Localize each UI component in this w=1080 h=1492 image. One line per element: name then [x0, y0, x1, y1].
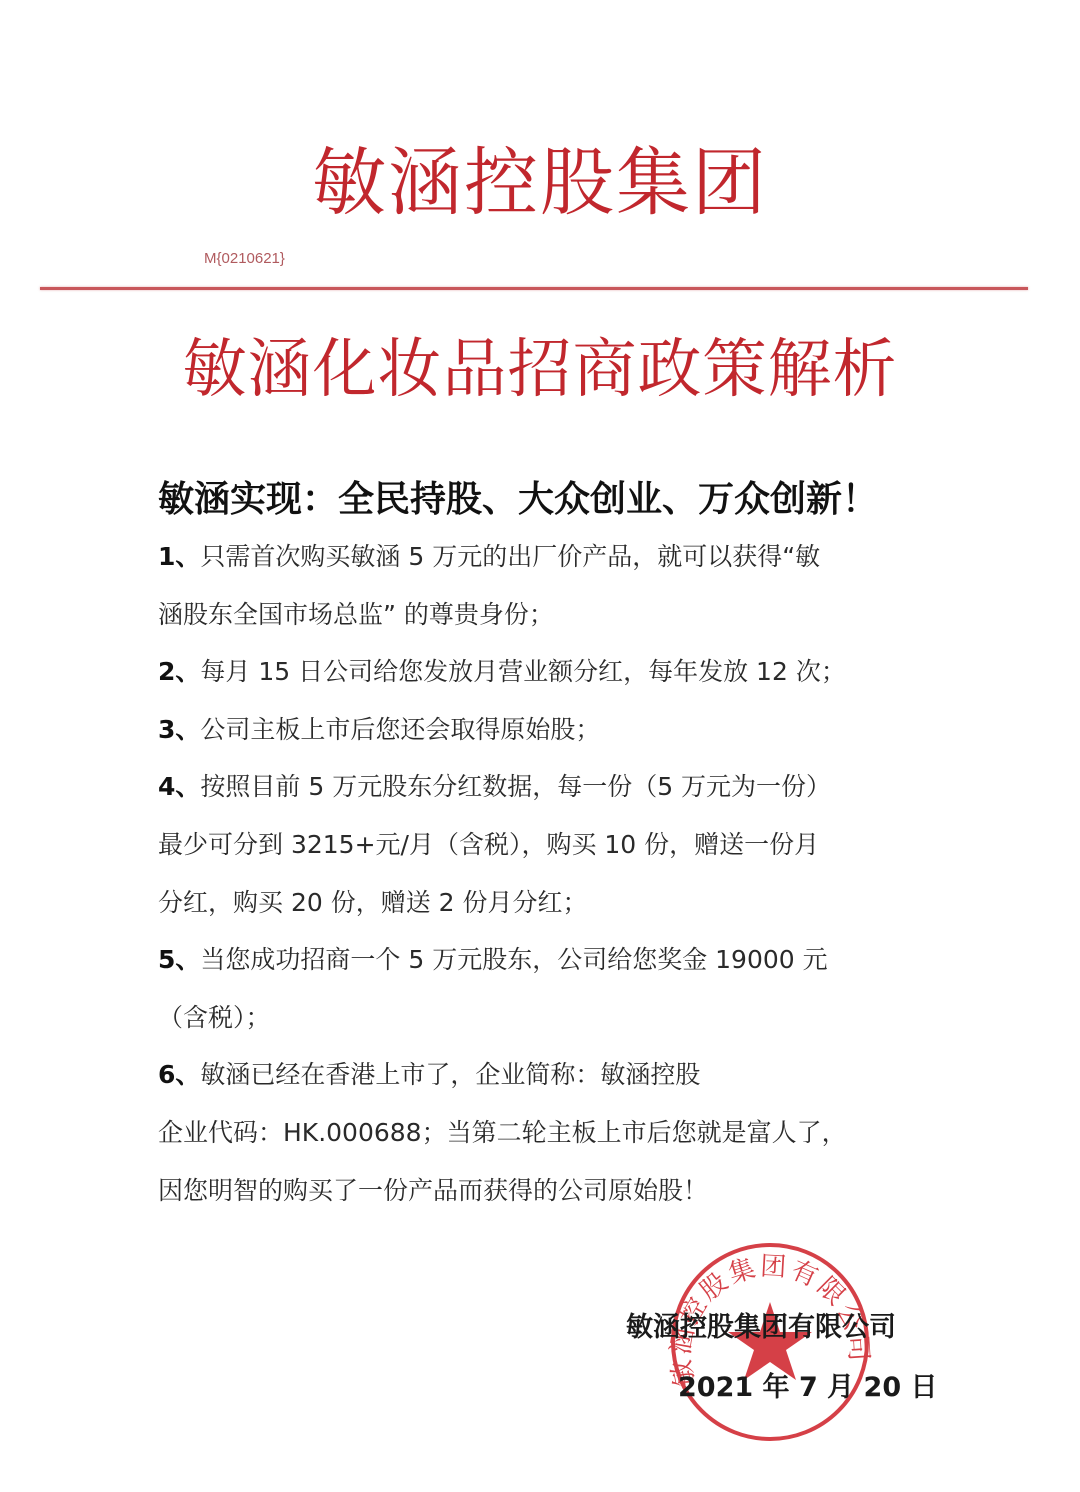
policy-item-4-line-1: 4、按照目前 5 万元股东分红数据，每一份（5 万元为一份）	[158, 758, 938, 816]
policy-item-5-line-2: （含税）；	[158, 989, 938, 1047]
letterhead-company-name: 敏涵控股集团	[0, 138, 1080, 228]
policy-item-5-line-1: 5、当您成功招商一个 5 万元股东，公司给您奖金 19000 元	[158, 931, 938, 989]
signature-date: 2021 年 7 月 20 日	[678, 1366, 938, 1410]
policy-item-2-line-1: 2、每月 15 日公司给您发放月营业额分红，每年发放 12 次；	[158, 643, 938, 701]
policy-item-6-line-1: 6、敏涵已经在香港上市了，企业简称：敏涵控股	[158, 1046, 938, 1104]
header-divider	[40, 287, 1028, 290]
policy-item-4-line-3: 分红，购买 20 份，赠送 2 份月分红；	[158, 874, 938, 932]
policy-item-6-line-3: 因您明智的购买了一份产品而获得的公司原始股！	[158, 1162, 938, 1220]
document-title: 敏涵化妆品招商政策解析	[0, 330, 1080, 410]
policy-item-4-line-2: 最少可分到 3215+元/月（含税），购买 10 份，赠送一份月	[158, 816, 938, 874]
policy-item-1-line-1: 1、只需首次购买敏涵 5 万元的出厂价产品，就可以获得“敏	[158, 528, 938, 586]
policy-list: 1、只需首次购买敏涵 5 万元的出厂价产品，就可以获得“敏 涵股东全国市场总监”…	[158, 528, 938, 1219]
policy-item-1-line-2: 涵股东全国市场总监” 的尊贵身份；	[158, 586, 938, 644]
signature-company: 敏涵控股集团有限公司	[626, 1306, 896, 1350]
slogan-heading: 敏涵实现：全民持股、大众创业、万众创新！	[158, 474, 878, 524]
policy-item-6-line-2: 企业代码：HK.000688；当第二轮主板上市后您就是富人了，	[158, 1104, 938, 1162]
document-number: M{0210621}	[204, 250, 285, 267]
policy-item-3-line-1: 3、公司主板上市后您还会取得原始股；	[158, 701, 938, 759]
